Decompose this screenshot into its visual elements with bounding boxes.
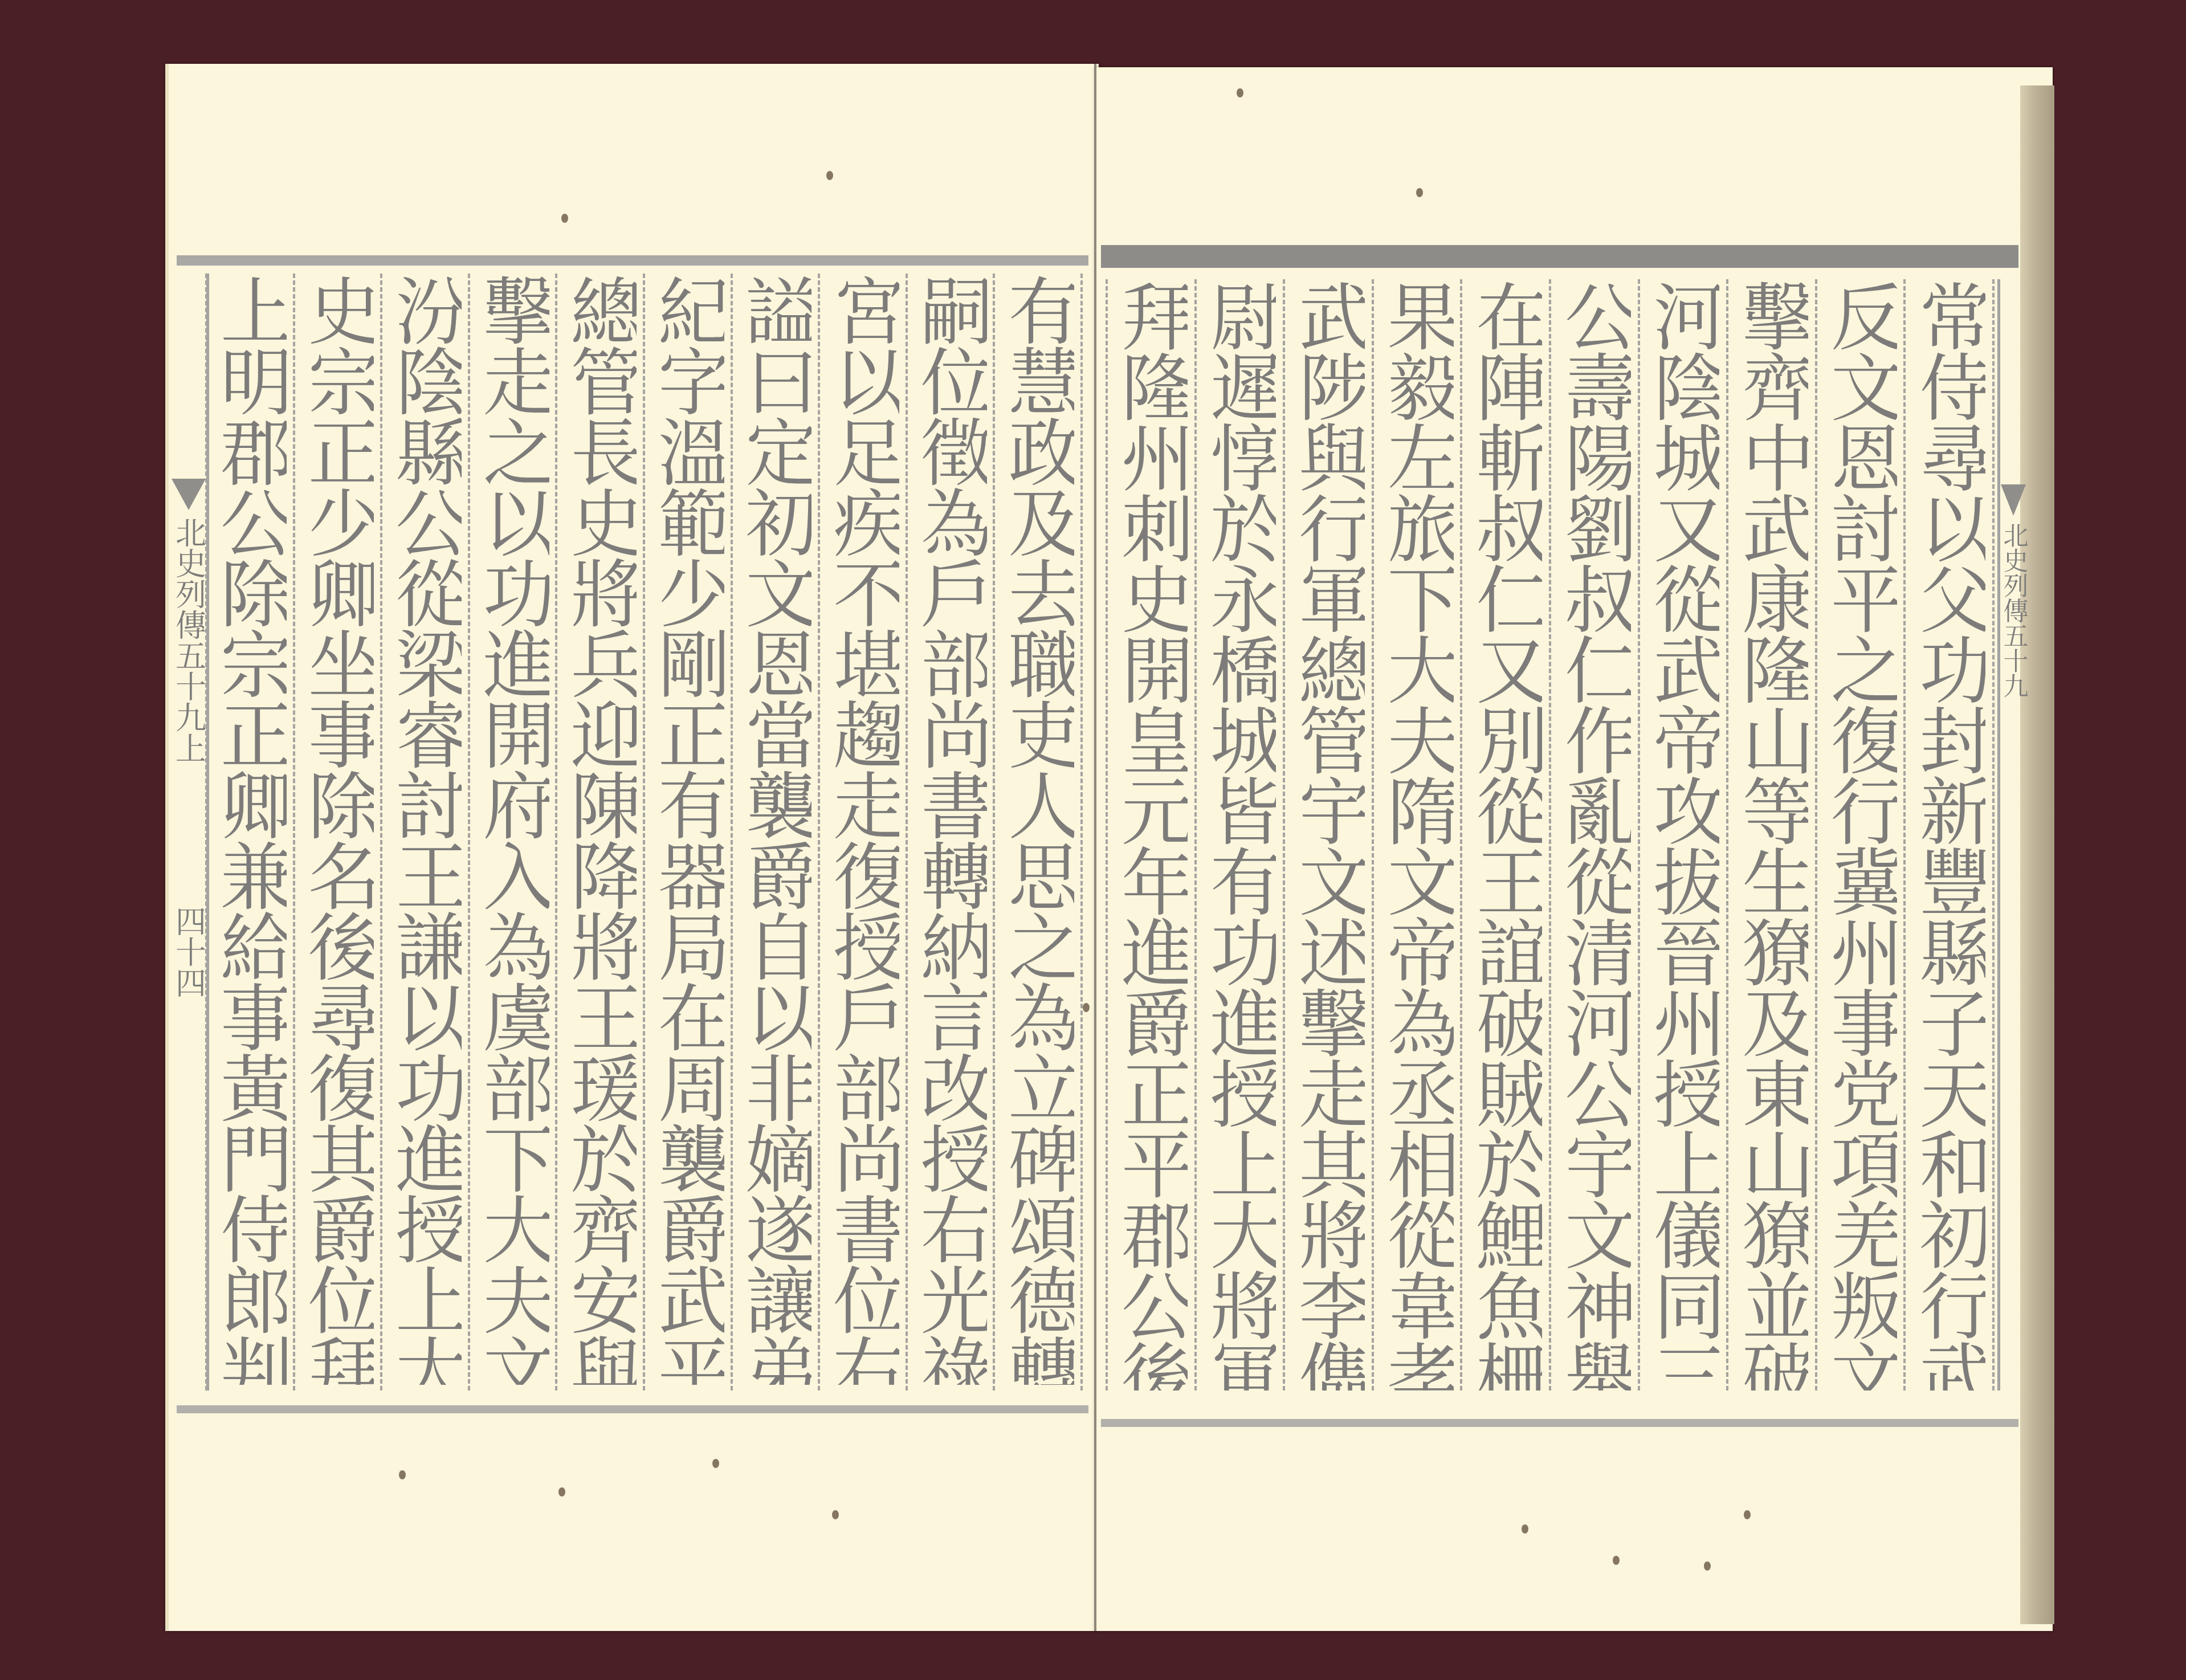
text-column: 史宗正少卿坐事除名後尋復其爵位拜熊州刺史改封 xyxy=(293,274,381,1391)
text-column: 汾陰縣公從梁睿討王謙以功進授上大將軍歷資州刺 xyxy=(380,274,468,1391)
page-number: 四十四 xyxy=(167,906,211,998)
fish-tail-icon xyxy=(2001,484,2026,516)
banxin-title: 北史列傳五十九上 xyxy=(167,517,211,763)
text-column: 武陟與行軍總管宇文述擊走其將李儁遂解懷州圍破 xyxy=(1283,279,1372,1391)
text-column: 嗣位徵為戶部尚書轉納言改授右光祿大夫從幸江都 xyxy=(906,274,993,1391)
text-column: 拜隆州刺史開皇元年進爵正平郡公後為魏州刺史甚 xyxy=(1106,279,1194,1391)
text-column: 公壽陽劉叔仁作亂從清河公宇文神舉討之戰於博井 xyxy=(1549,279,1638,1391)
left-text-columns: 上明郡公除宗正卿兼給事黃門侍郎判禮部尚書事遷 史宗正少卿坐事除名後尋復其爵位拜熊… xyxy=(205,274,1083,1391)
text-column: 上明郡公除宗正卿兼給事黃門侍郎判禮部尚書事遷 xyxy=(205,274,293,1391)
text-column: 河陰城又從武帝攻拔晉州授上儀同三司改封承寧縣 xyxy=(1638,279,1727,1391)
text-column: 擊齊中武康隆山等生獠及東山獠並破之從陳王攻齊 xyxy=(1726,279,1815,1391)
text-column: 常侍尋以父功封新豐縣子天和初行武都太守叶姓獠 xyxy=(1903,279,1995,1391)
text-column: 果毅左旅下大夫隋文帝為丞相從韋孝寬拒尉遲迥於 xyxy=(1372,279,1461,1391)
right-banxin: 北史列傳五十九 xyxy=(1997,279,2026,1391)
text-column: 紀字溫範少剛正有器局在周襲爵武平山郡公累遷安州 xyxy=(643,274,731,1391)
text-column: 在陣斬叔仁又別從王誼破賊於鯉魚柵後累以軍功遷 xyxy=(1460,279,1549,1391)
text-column: 總管長史將兵迎陳降將王瑗於齊安與陳將周法尚遇 xyxy=(555,274,643,1391)
right-text-columns: 拜隆州刺史開皇元年進爵正平郡公後為魏州刺史甚 尉遲惇於永橋城皆有功進授上大將軍改… xyxy=(1106,279,1995,1391)
fish-tail-icon xyxy=(172,479,206,510)
text-column: 反文恩討平之復行冀州事党項羌叛文恩又討平之進 xyxy=(1815,279,1904,1391)
left-banxin: 北史列傳五十九上 四十四 xyxy=(171,274,209,1391)
text-column: 宮以足疾不堪趨走復授戶部尚書位右光祿大夫卒官 xyxy=(818,274,906,1391)
center-fold xyxy=(1094,64,1096,1631)
text-column: 尉遲惇於永橋城皆有功進授上大將軍改封洛川縣公尋 xyxy=(1194,279,1283,1391)
text-column: 有慧政及去職吏人思之為立碑頌德轉冀州刺史煬帝 xyxy=(993,274,1083,1391)
banxin-title: 北史列傳五十九 xyxy=(1995,523,2032,698)
text-column: 謚曰定初文恩當襲爵自以非嫡遂讓弟紀當世多之 xyxy=(731,274,818,1391)
text-column: 擊走之以功進開府入為虞部下大夫文帝為丞相改封 xyxy=(468,274,556,1391)
